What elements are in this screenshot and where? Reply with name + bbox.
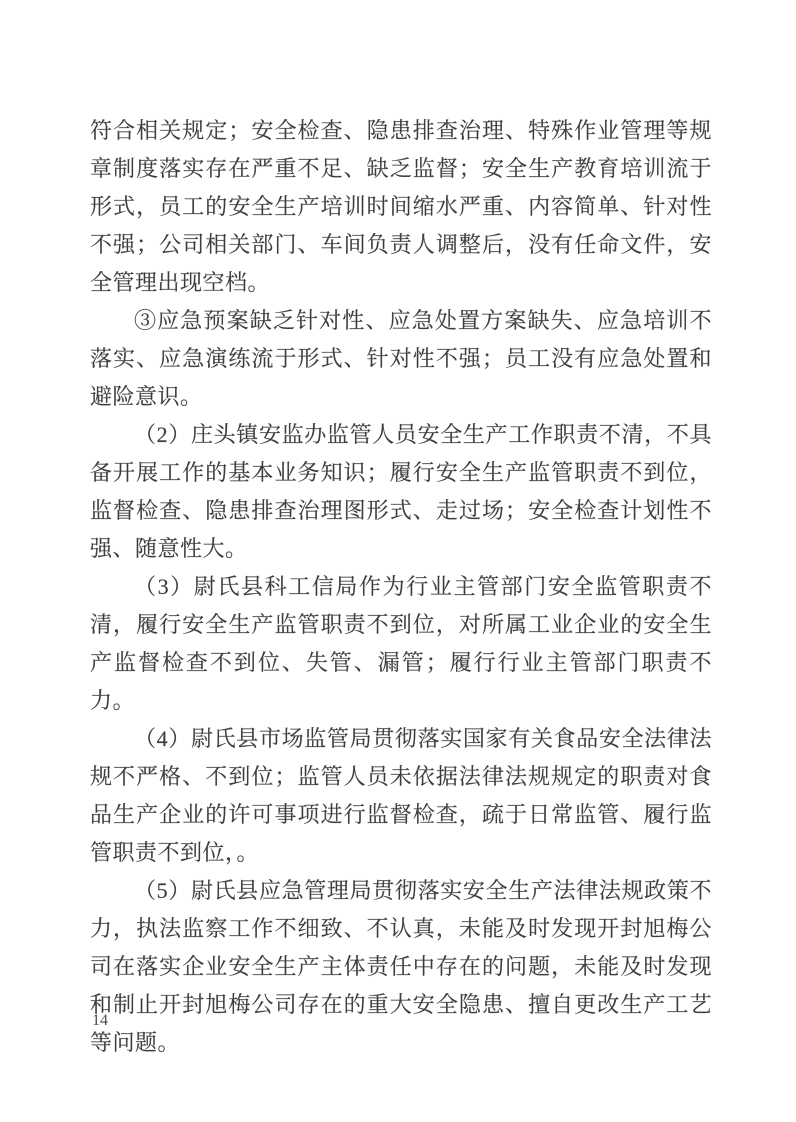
body-paragraph: （2）庄头镇安监办监管人员安全生产工作职责不清，不具备开展工作的基本业务知识；履… bbox=[90, 416, 712, 568]
body-paragraph: 符合相关规定；安全检查、隐患排查治理、特殊作业管理等规章制度落实存在严重不足、缺… bbox=[90, 112, 712, 302]
body-paragraph: （5）尉氏县应急管理局贯彻落实安全生产法律法规政策不力，执法监察工作不细致、不认… bbox=[90, 872, 712, 1062]
body-paragraph: ③应急预案缺乏针对性、应急处置方案缺失、应急培训不落实、应急演练流于形式、针对性… bbox=[90, 302, 712, 416]
document-body: 符合相关规定；安全检查、隐患排查治理、特殊作业管理等规章制度落实存在严重不足、缺… bbox=[90, 112, 712, 1062]
page-number: 14 bbox=[92, 1012, 108, 1030]
document-page: 符合相关规定；安全检查、隐患排查治理、特殊作业管理等规章制度落实存在严重不足、缺… bbox=[0, 0, 796, 1122]
body-paragraph: （4）尉氏县市场监管局贯彻落实国家有关食品安全法律法规不严格、不到位；监管人员未… bbox=[90, 720, 712, 872]
body-paragraph: （3）尉氏县科工信局作为行业主管部门安全监管职责不清，履行安全生产监管职责不到位… bbox=[90, 568, 712, 720]
